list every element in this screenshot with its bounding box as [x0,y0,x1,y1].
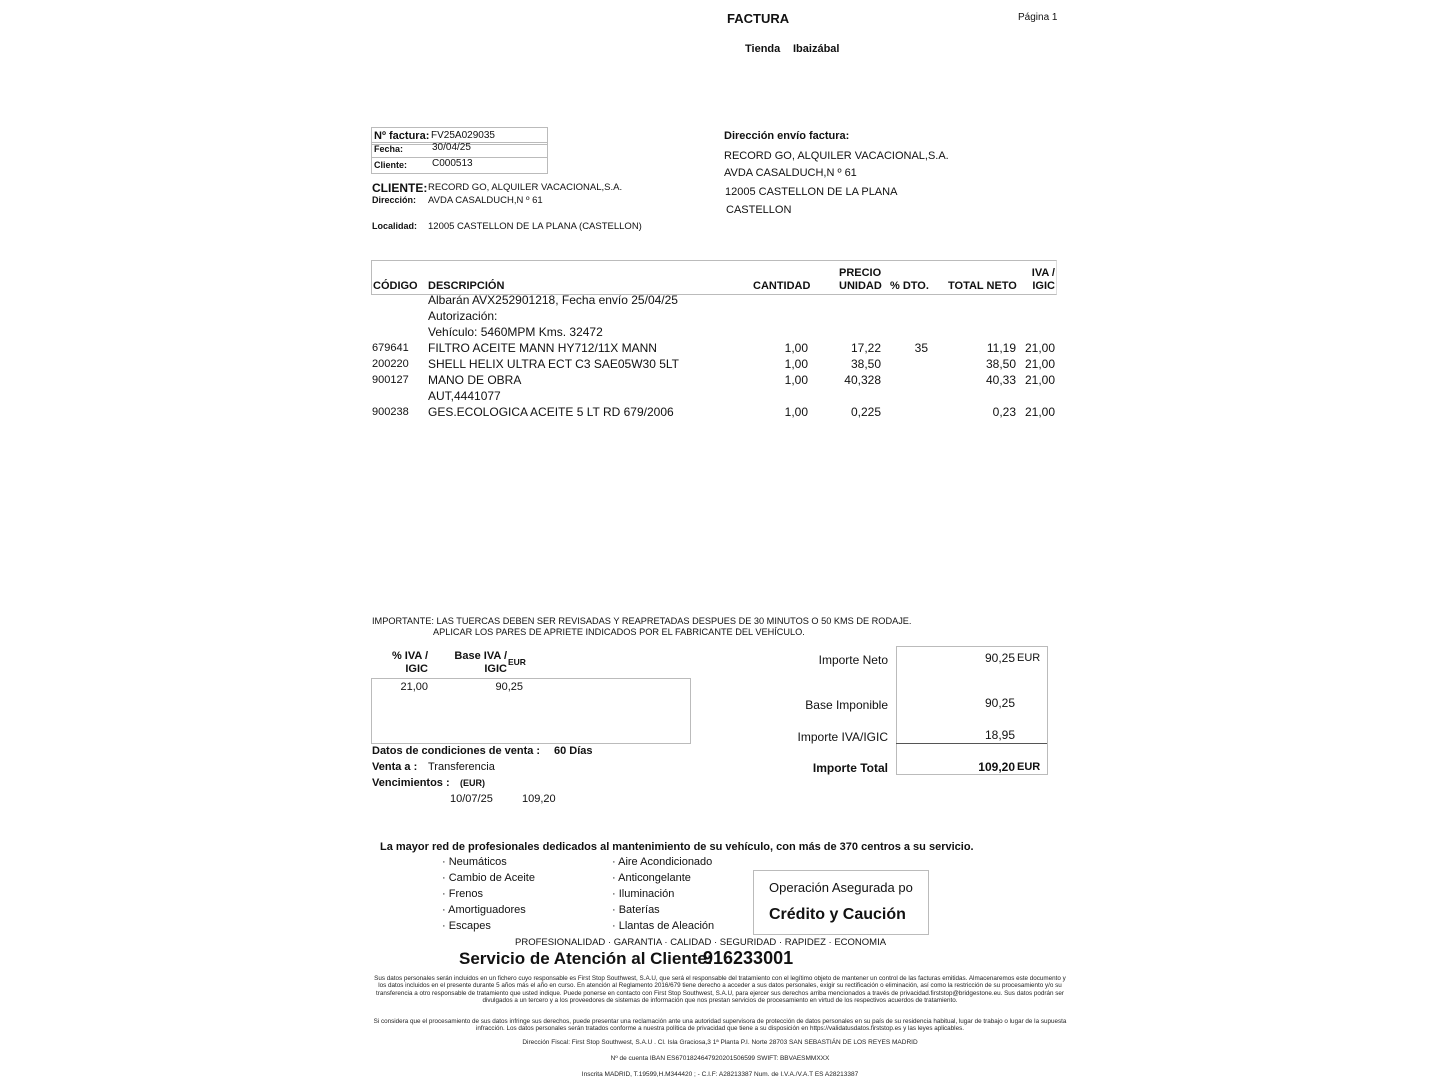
net-label: Importe Neto [760,653,888,667]
insurance-line-1: Operación Asegurada po [769,880,913,895]
tax-base-header-2: IGIC [440,663,507,676]
client-code-label: Cliente: [374,160,407,170]
client-name-label: CLIENTE: [372,181,427,195]
notice-line-1: IMPORTANTE: LAS TUERCAS DEBEN SER REVISA… [372,616,911,626]
fiscal-address: Dirección Fiscal: First Stop Southwest, … [370,1039,1070,1046]
header-discount: % DTO. [890,280,929,293]
service-item: · Aire Acondicionado [612,856,712,868]
privacy-notice: Sus datos personales serán incluidos en … [370,975,1070,1004]
sale-conditions-label: Datos de condiciones de venta : [372,745,540,757]
cell-code: 900238 [372,406,409,418]
shipping-line: 12005 CASTELLON DE LA PLANA [725,186,897,198]
total-amount: 109,20 [940,760,1015,774]
shipping-line: CASTELLON [726,204,791,216]
client-locality: 12005 CASTELLON DE LA PLANA (CASTELLON) [428,221,642,232]
cell-code: 679641 [372,342,409,354]
cell-net-total: 38,50 [940,357,1016,371]
service-item: · Baterías [612,904,660,916]
store-label: Tienda [745,43,780,55]
cell-description: GES.ECOLOGICA ACEITE 5 LT RD 679/2006 [428,405,674,419]
cell-description: Autorización: [428,309,497,323]
cell-unit-price: 40,328 [800,373,881,387]
cell-quantity: 1,00 [728,357,808,371]
company-registry: Inscrita MADRID, T.19599,H.M344420 ; - C… [370,1071,1070,1078]
page-number: Página 1 [1018,12,1057,23]
cell-net-total: 0,23 [940,405,1016,419]
cell-description: SHELL HELIX ULTRA ECT C3 SAE05W30 5LT [428,357,679,371]
service-item: · Frenos [442,888,483,900]
sale-to: Transferencia [428,761,495,773]
base-label: Base Imponible [760,698,888,712]
client-name: RECORD GO, ALQUILER VACACIONAL,S.A. [428,182,622,193]
cell-unit-price: 38,50 [800,357,881,371]
service-item: · Amortiguadores [442,904,526,916]
cell-description: MANO DE OBRA [428,373,521,387]
cell-code: 200220 [372,358,409,370]
cell-description: FILTRO ACEITE MANN HY712/11X MANN [428,341,657,355]
header-vat-2: IGIC [1020,280,1055,293]
invoice-number-label: Nº factura: [374,130,429,142]
header-net-total: TOTAL NETO [948,280,1017,293]
base-amount: 90,25 [940,696,1015,710]
header-unit-price-2: UNIDAD [839,280,882,293]
table-row: Albarán AVX252901218, Fecha envío 25/04/… [0,293,1440,309]
due-amount: 109,20 [522,793,556,805]
shipping-line: RECORD GO, ALQUILER VACACIONAL,S.A. [724,150,949,162]
client-code: C000513 [432,158,473,169]
shipping-address-label: Dirección envío factura: [724,130,849,142]
cell-vat: 21,00 [1015,341,1055,355]
document-title: FACTURA [727,11,789,26]
table-row: Vehículo: 5460MPM Kms. 32472 [0,325,1440,341]
cell-discount: 35 [890,341,928,355]
table-row: 200220SHELL HELIX ULTRA ECT C3 SAE05W30 … [0,357,1440,373]
header-unit-price-1: PRECIO [839,267,881,280]
tax-currency: EUR [508,657,526,667]
tax-rate: 21,00 [380,681,428,693]
cell-quantity: 1,00 [728,373,808,387]
cell-net-total: 11,19 [940,341,1016,355]
table-row: 900238GES.ECOLOGICA ACEITE 5 LT RD 679/2… [0,405,1440,421]
cell-code: 900127 [372,374,409,386]
tax-rate-header-1: % IVA / [380,650,428,663]
header-vat-1: IVA / [1020,267,1055,280]
invoice-number: FV25A029035 [431,130,495,141]
notice-line-2: APLICAR LOS PARES DE APRIETE INDICADOS P… [433,627,805,637]
sale-to-label: Venta a : [372,761,417,773]
client-address-label: Dirección: [372,195,416,205]
totals-box [896,646,1048,775]
invoice-date-label: Fecha: [374,144,403,154]
header-quantity: CANTIDAD [753,280,810,293]
cell-description: Albarán AVX252901218, Fecha envío 25/04/… [428,293,678,307]
cell-description: Vehículo: 5460MPM Kms. 32472 [428,325,603,339]
net-currency: EUR [1017,652,1040,664]
service-item: · Llantas de Aleación [612,920,714,932]
cell-unit-price: 0,225 [800,405,881,419]
vat-amount: 18,95 [940,728,1015,742]
table-row: AUT,4441077 [0,389,1440,405]
invoice-date: 30/04/25 [432,142,471,153]
cell-vat: 21,00 [1015,405,1055,419]
total-currency: EUR [1017,761,1040,773]
tax-base: 90,25 [460,681,523,693]
privacy-complaint-notice: Si considera que el procesamiento de sus… [370,1018,1070,1033]
cell-quantity: 1,00 [728,405,808,419]
customer-service-label: Servicio de Atención al Cliente: [459,949,713,969]
table-row: 679641FILTRO ACEITE MANN HY712/11X MANN1… [0,341,1440,357]
service-item: · Cambio de Aceite [442,872,535,884]
service-item: · Iluminación [612,888,674,900]
due-label: Vencimientos : [372,777,450,789]
cell-description: AUT,4441077 [428,389,501,403]
cell-quantity: 1,00 [728,341,808,355]
cell-unit-price: 17,22 [800,341,881,355]
promo-headline: La mayor red de profesionales dedicados … [380,841,974,853]
totals-divider [896,743,1047,744]
header-code: CÓDIGO [373,280,418,293]
vat-label: Importe IVA/IGIC [760,730,888,744]
shipping-line: AVDA CASALDUCH,N º 61 [724,167,857,179]
store-name: Ibaizábal [793,43,839,55]
cell-net-total: 40,33 [940,373,1016,387]
tax-base-header-1: Base IVA / [440,650,507,663]
header-description: DESCRIPCIÓN [428,280,504,293]
service-item: · Anticongelante [612,872,691,884]
company-values: PROFESIONALIDAD · GARANTIA · CALIDAD · S… [515,937,886,948]
client-address: AVDA CASALDUCH,N º 61 [428,195,543,206]
service-item: · Neumáticos [442,856,507,868]
table-row: 900127MANO DE OBRA1,0040,32840,3321,00 [0,373,1440,389]
net-amount: 90,25 [940,651,1015,665]
due-currency: (EUR) [460,778,485,788]
service-item: · Escapes [442,920,491,932]
tax-rate-header-2: IGIC [380,663,428,676]
table-row: Autorización: [0,309,1440,325]
due-date: 10/07/25 [450,793,493,805]
bank-account: Nº de cuenta IBAN ES67018246479202015065… [370,1055,1070,1062]
cell-vat: 21,00 [1015,373,1055,387]
insurance-line-2: Crédito y Caución [769,906,906,924]
cell-vat: 21,00 [1015,357,1055,371]
sale-conditions: 60 Días [554,745,593,757]
customer-service-phone: 916233001 [703,948,793,969]
client-locality-label: Localidad: [372,221,417,231]
total-label: Importe Total [760,761,888,775]
